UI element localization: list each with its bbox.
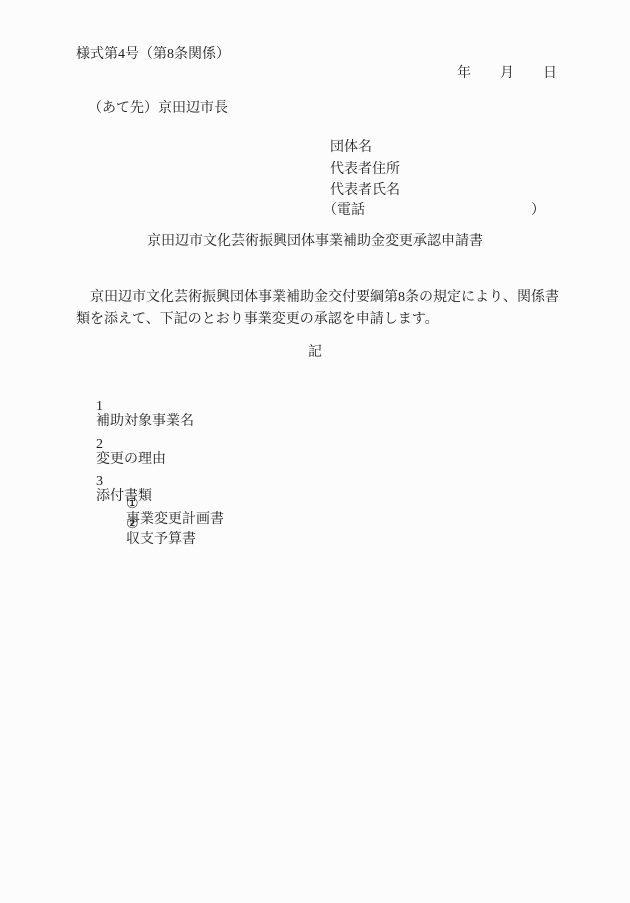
month-label: 月 (500, 66, 514, 81)
document-title: 京田辺市文化芸術振興団体事業補助金変更承認申請書 (0, 234, 630, 249)
organization-name-label: 団体名 (330, 140, 372, 155)
body-paragraph-line-1: 京田辺市文化芸術振興団体事業補助金交付要綱第8条の規定により、関係書 (90, 290, 559, 305)
day-label: 日 (543, 66, 557, 81)
attachment-item-2: ② 収支予算書 (112, 502, 196, 562)
list-item-2-number: 2 (96, 437, 121, 452)
form-number: 様式第4号（第8条関係） (76, 47, 230, 62)
document-page: 様式第4号（第8条関係） 年 月 日 （あて先）京田辺市長 団体名 代表者住所 … (0, 0, 630, 903)
phone-close-paren: ） (531, 203, 545, 218)
representative-address-label: 代表者住所 (330, 162, 400, 177)
attachment-item-2-label: 収支予算書 (126, 532, 196, 547)
section-marker-ki: 記 (0, 345, 630, 360)
phone-field: （電話 ） (323, 203, 545, 218)
phone-label: （電話 (323, 203, 365, 218)
representative-name-label: 代表者氏名 (330, 183, 400, 198)
body-paragraph-line-2: 類を添えて、下記のとおり事業変更の承認を申請します。 (76, 312, 439, 327)
year-label: 年 (457, 66, 471, 81)
attachment-item-2-marker: ② (126, 517, 147, 532)
date-line: 年 月 日 (457, 66, 557, 81)
addressee-line: （あて先）京田辺市長 (88, 101, 228, 116)
list-item-1-number: 1 (96, 399, 121, 414)
